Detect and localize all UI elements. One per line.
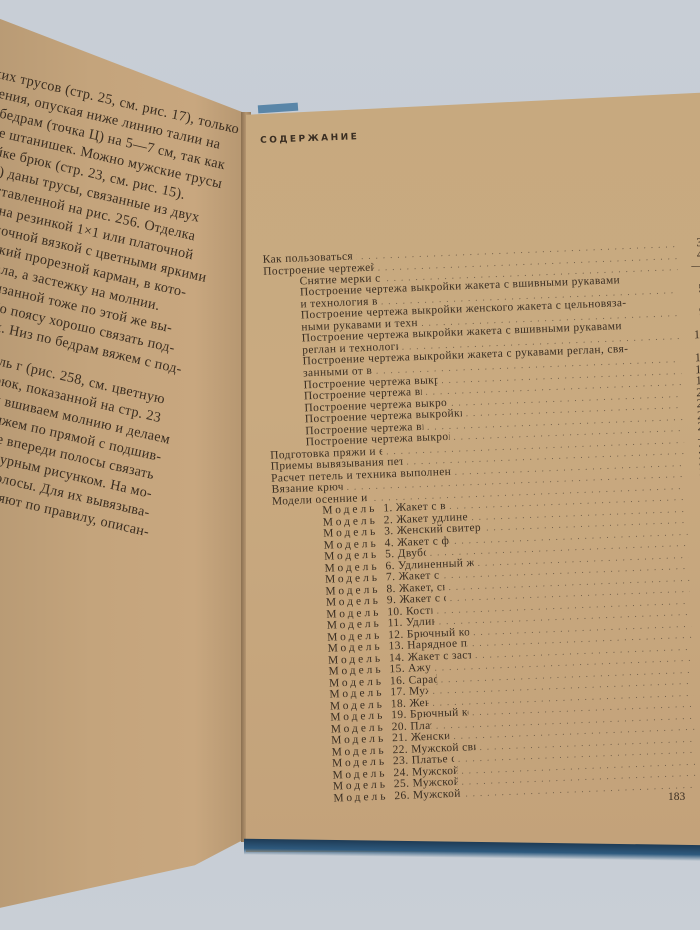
table-of-contents: СОДЕРЖАНИЕ Как пользоваться книгой......… xyxy=(258,119,700,805)
toc-entry-page: 56 xyxy=(693,582,700,594)
toc-entry-page: 54 xyxy=(693,570,700,582)
toc-entry-page: 52 xyxy=(693,559,700,571)
toc-entry-page: 69 xyxy=(696,651,700,663)
left-page-text: ских трусов (стр. 25, см. рис. 17), толь… xyxy=(0,63,234,562)
toc-entry-page: 64 xyxy=(695,628,700,640)
toc-entry-page: 71 xyxy=(697,662,700,674)
toc-entry-page: 67 xyxy=(696,639,700,651)
toc-entry-page xyxy=(685,348,700,349)
page-number: 183 xyxy=(668,791,685,803)
toc-entry-page: — xyxy=(690,490,700,502)
toc-entry-page: 9 xyxy=(683,306,700,318)
left-page: ских трусов (стр. 25, см. рис. 17), толь… xyxy=(0,15,246,910)
dot-leader xyxy=(632,349,680,351)
toc-entry-page xyxy=(684,325,700,326)
toc-entry-page: 44 xyxy=(691,513,700,525)
toc-entry-page: 13 xyxy=(684,329,700,341)
dot-leader xyxy=(631,303,679,305)
toc-entry-page: 37 xyxy=(689,467,700,479)
dot-leader xyxy=(624,280,678,282)
toc-entry-page: 50 xyxy=(692,547,700,559)
toc-entry-page: 60 xyxy=(694,605,700,617)
toc-entry-page: — xyxy=(681,260,700,272)
toc-entry-page xyxy=(683,302,700,303)
toc-entry-page: 39 xyxy=(689,478,700,490)
toc-entry-page: 48 xyxy=(692,536,700,548)
book-photo: ских трусов (стр. 25, см. рис. 17), толь… xyxy=(0,0,700,930)
toc-entry-page: 46 xyxy=(691,524,700,536)
toc-entry-page: 58 xyxy=(694,593,700,605)
cover-corner xyxy=(258,103,298,114)
toc-entry-page xyxy=(682,279,700,280)
toc-entry-page: 62 xyxy=(695,616,700,628)
toc-list: Как пользоваться книгой.................… xyxy=(263,237,700,805)
toc-entry-page: 5 xyxy=(682,283,700,295)
dot-leader xyxy=(626,326,680,328)
toc-entry-page: 43 xyxy=(690,501,700,513)
